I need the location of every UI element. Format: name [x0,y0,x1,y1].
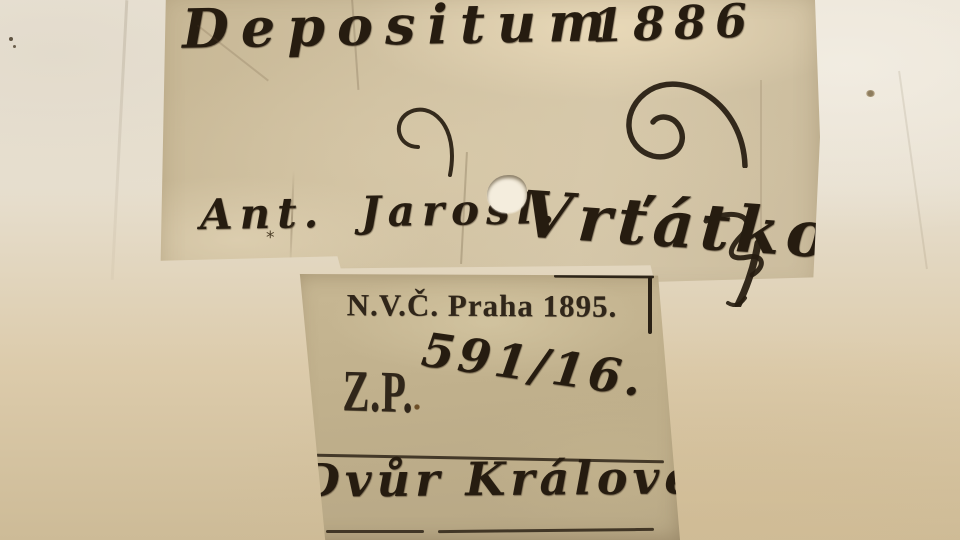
wall-speck [9,37,13,41]
owner-surname-text: Vrťátko [520,183,837,269]
paper-hole [487,175,527,213]
v-loop-flourish [615,68,750,168]
inventory-number-text: 591/16. [419,327,648,405]
printed-right-border [648,277,652,334]
zp-prefix-text: Z.P. [342,362,414,423]
photo-of-archival-labels: { "top_label": { "title_word": "Depositu… [0,0,960,540]
place-name-text: Dvůr Králové [300,454,699,503]
exhibition-header-text: N.V.Č. Praha 1895. [336,289,628,322]
rust-speck [414,404,420,410]
wall-crease [111,0,129,280]
year-text: 1886 [591,0,757,49]
wall-speck [866,90,875,97]
top-label-depositum: Depositum 1886 Ant. Jarosl. Vrťátko * [158,0,820,294]
wall-crease [898,71,928,269]
j-ascender-flourish [390,95,465,180]
ruled-line [326,530,424,533]
depositum-text: Depositum [182,0,618,56]
wall-speck [13,45,16,48]
ink-speck: * [266,230,275,247]
bottom-label-nvc-praha: N.V.Č. Praha 1895. Z.P. 591/16. Dvůr Krá… [296,274,680,540]
ruled-line [438,528,654,533]
printed-top-border [554,275,654,279]
